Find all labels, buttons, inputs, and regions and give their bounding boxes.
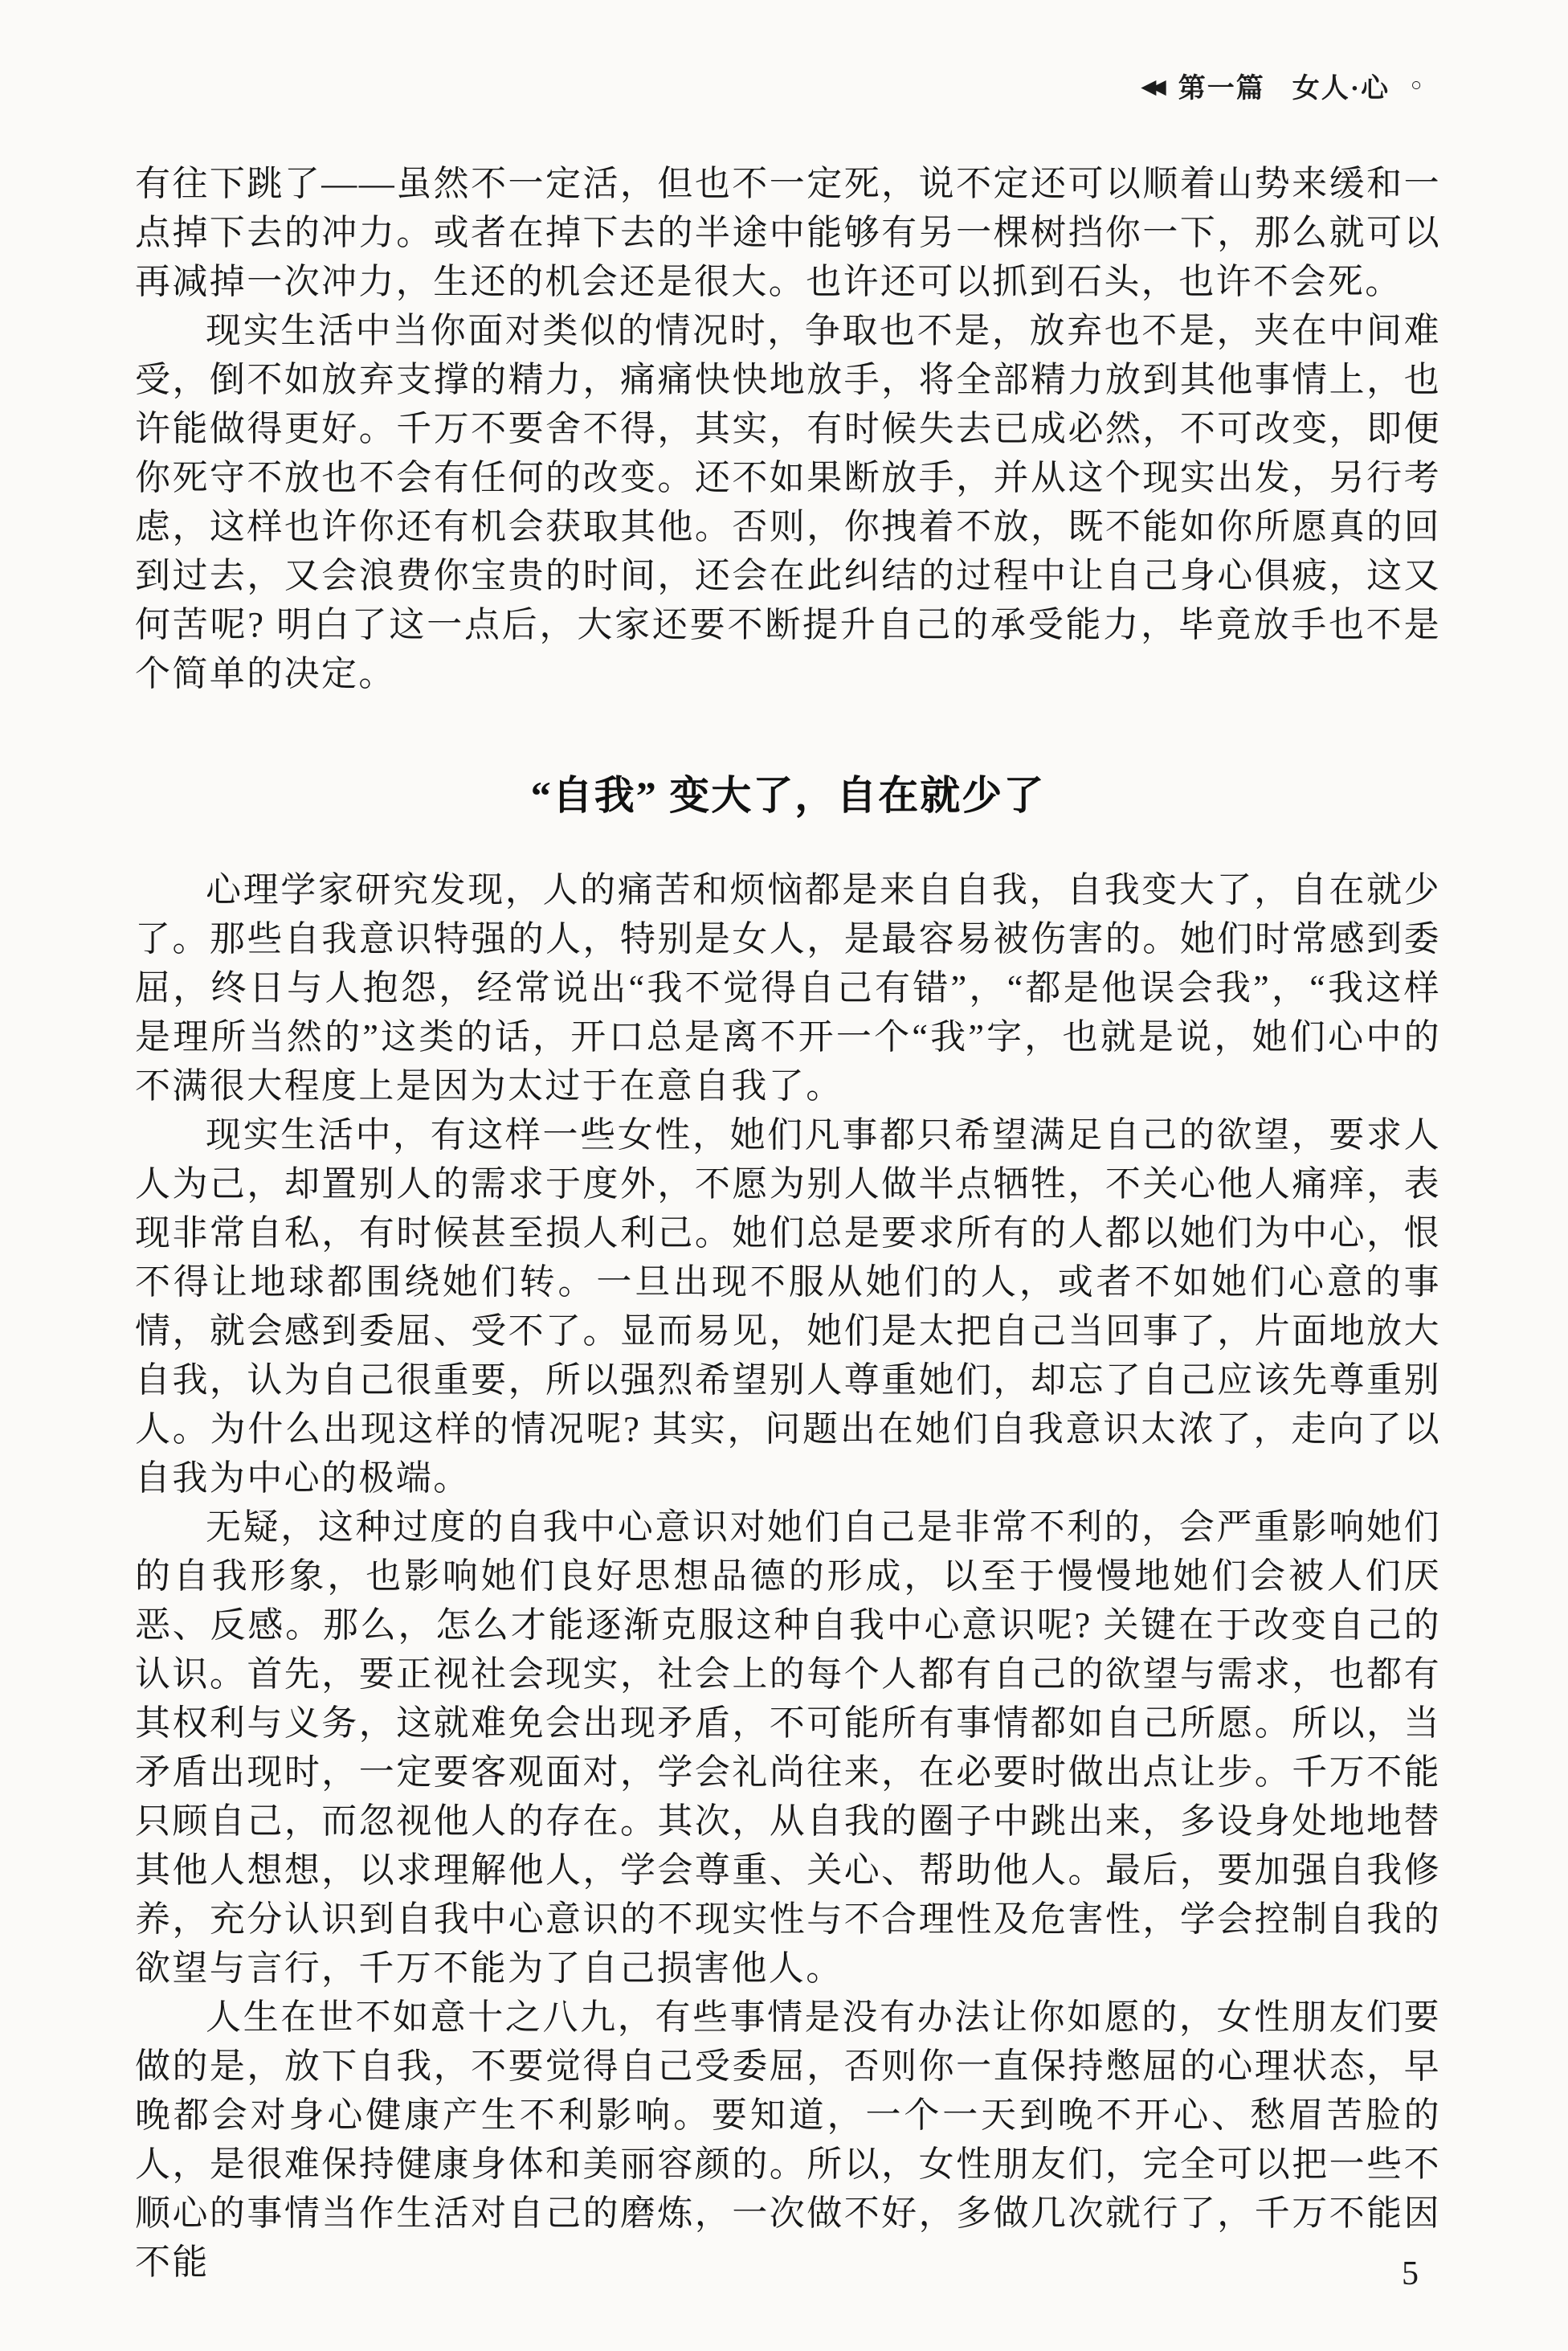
section-title: 女人·心 (1292, 66, 1390, 105)
double-left-triangle-icon: ◀◀ (1141, 75, 1160, 99)
paragraph: 心理学家研究发现，人的痛苦和烦恼都是来自自我，自我变大了，自在就少了。那些自我意… (135, 865, 1441, 1110)
body-paragraphs: 心理学家研究发现，人的痛苦和烦恼都是来自自我，自我变大了，自在就少了。那些自我意… (135, 865, 1441, 2287)
continuation-paragraph: 有往下跳了——虽然不一定活，但也不一定死，说不定还可以顺着山势来缓和一点掉下去的… (135, 159, 1441, 306)
paragraph: 人生在世不如意十之八九，有些事情是没有办法让你如愿的，女性朋友们要做的是，放下自… (135, 1993, 1441, 2287)
running-head: ◀◀ 第一篇 女人·心 ○ (1141, 66, 1422, 105)
book-page: ◀◀ 第一篇 女人·心 ○ 有往下跳了——虽然不一定活，但也不一定死，说不定还可… (0, 0, 1568, 2351)
section-heading: “自我” 变大了，自在就少了 (135, 767, 1441, 824)
section-label: 第一篇 (1178, 66, 1265, 105)
paragraph: 现实生活中，有这样一些女性，她们凡事都只希望满足自己的欲望，要求人人为己，却置别… (135, 1110, 1441, 1503)
page-body: 有往下跳了——虽然不一定活，但也不一定死，说不定还可以顺着山势来缓和一点掉下去的… (135, 159, 1441, 2287)
paragraph: 现实生活中当你面对类似的情况时，争取也不是，放弃也不是，夹在中间难受，倒不如放弃… (135, 306, 1441, 698)
page-number: 5 (1402, 2255, 1419, 2293)
circle-icon: ○ (1411, 75, 1422, 96)
paragraph: 无疑，这种过度的自我中心意识对她们自己是非常不利的，会严重影响她们的自我形象，也… (135, 1503, 1441, 1993)
top-paragraphs: 现实生活中当你面对类似的情况时，争取也不是，放弃也不是，夹在中间难受，倒不如放弃… (135, 306, 1441, 698)
